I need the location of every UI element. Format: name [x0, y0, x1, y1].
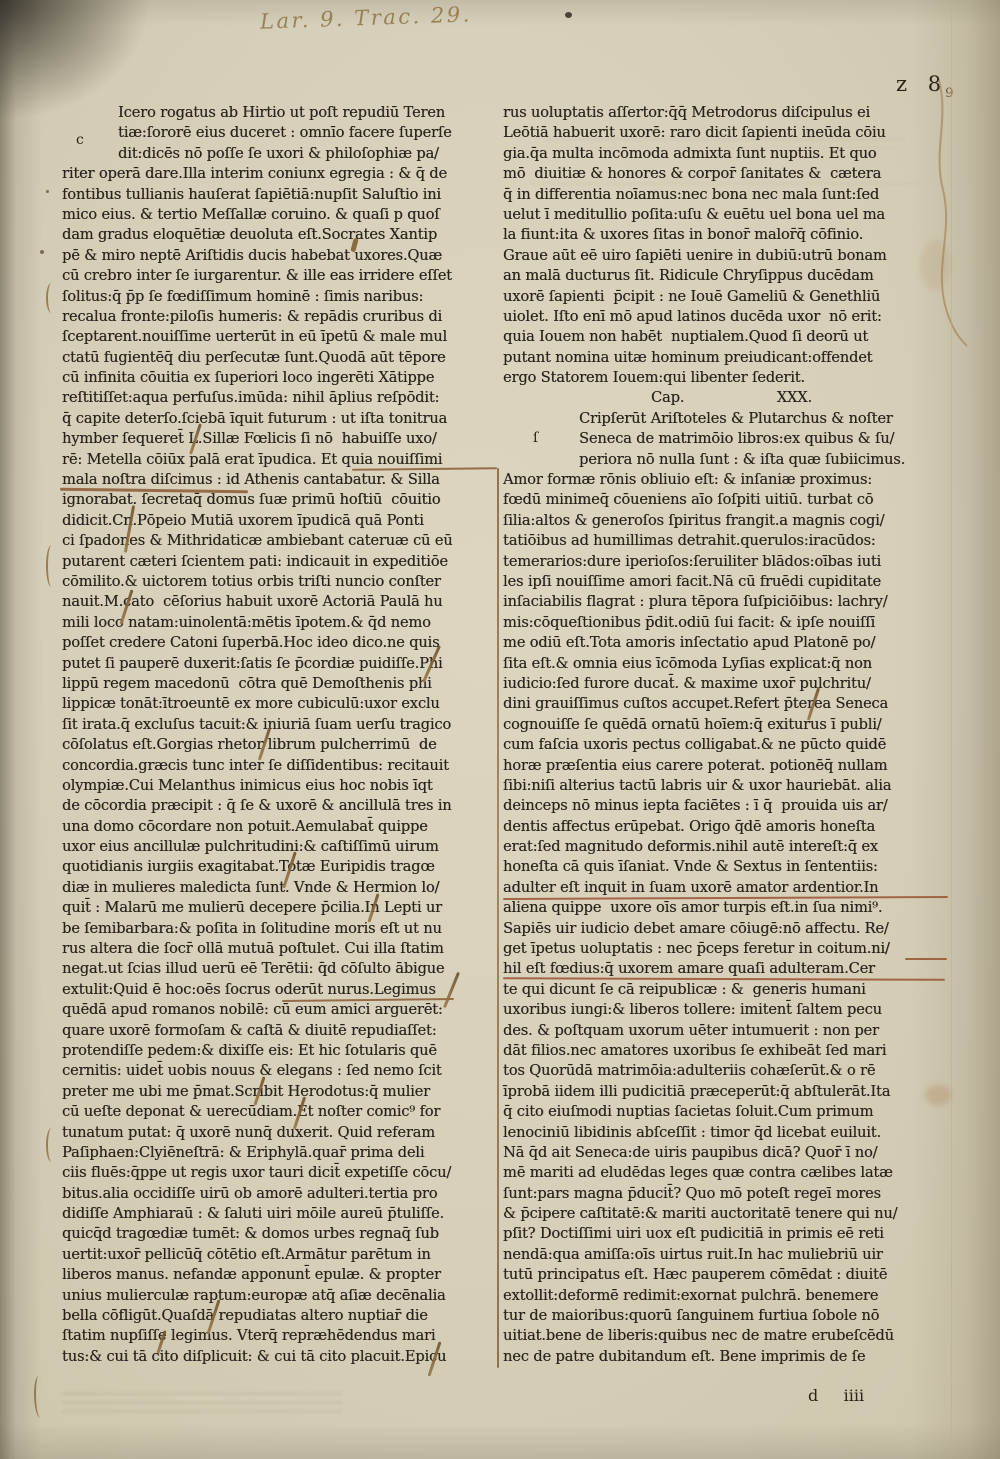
- text-line: quicq̄d tragœdiæ tumēt: & domos urbes re…: [62, 1224, 498, 1244]
- text-line: ſibi:niſi alterius tactū labris uir & ux…: [503, 776, 944, 796]
- text-line: iudicio:ſed furore ducat̄. & maxime uxor…: [503, 674, 944, 694]
- ink-margin-brace: [46, 283, 57, 313]
- text-line: ſita eſt.& omnia eius īcōmoda Lyſias exp…: [503, 654, 944, 674]
- signature-mark: d iiii: [808, 1386, 864, 1405]
- text-line: temerarios:dure iperioſos:ſeruiliter blā…: [503, 552, 944, 572]
- text-line: cū ueſte deponat & uerecūdiam.Et noſter …: [62, 1102, 498, 1122]
- text-line: periora nō nulla ſunt : & iſta quæ ſubii…: [503, 450, 944, 470]
- text-line: lippicæ tonāt:ītroeuntē ex more cubiculū…: [62, 694, 498, 714]
- text-line: ctatū fugientēq̄ diu perſecutæ ſunt.Quod…: [62, 348, 498, 368]
- text-line: negat.ut ſcias illud uerū eē Terētii: q̄…: [62, 959, 498, 979]
- text-line: extulit:Quid ē hoc:oēs ſocrus oderūt nur…: [62, 980, 498, 1000]
- text-line: mis:cōqueſtionibus p̄dit.odiū ſui facit:…: [503, 613, 944, 633]
- book-page: Lar. 9. Trac. 29. z 89 c ſ Icero rogatus…: [0, 0, 1000, 1459]
- text-line: uertit:uxor̄ pellicūq̄ cōtētio eſt.Armāt…: [62, 1245, 498, 1265]
- text-line: ergo Statorem Iouem:qui libenter ſederit…: [503, 368, 944, 388]
- ink-margin-brace: [46, 545, 57, 587]
- text-line: uitiat.bene de liberis:quibus nec de mat…: [503, 1326, 944, 1346]
- text-line: Cripſerūt Ariſtoteles & Plutarchus & noſ…: [503, 409, 944, 429]
- folio-mark-subscript: 9: [945, 86, 953, 101]
- text-line: protendiſſe pedem:& dixiſſe eis: Et hic …: [62, 1041, 498, 1061]
- text-line: deinceps nō minus iepta faciētes : ī q̄ …: [503, 796, 944, 816]
- text-line: rus altera die ſocr̄ ollā mutuā poſtulet…: [62, 939, 498, 959]
- text-line: quotidianis iurgiis exagitabat.Totæ Euri…: [62, 857, 498, 877]
- text-line: q̄ capite deterſo.ſciebā īquit futurum :…: [62, 409, 498, 429]
- text-line: recalua fronte:piloſis humeris: & repādi…: [62, 307, 498, 327]
- text-line: lippū regem macedonū cōtra quē Demoſthen…: [62, 674, 498, 694]
- showthrough-smudge: [530, 182, 920, 191]
- text-line: uiolet. Iſto enī mō apud latinos ducēda …: [503, 307, 944, 327]
- text-line: unius mulierculæ raptum:europæ atq̄ aſiæ…: [62, 1286, 498, 1306]
- text-line: ſunt:pars magna p̄ducit̄? Quo mō poteſt …: [503, 1184, 944, 1204]
- text-line: bella cōfligūt.Quaſdā repudiatas altero …: [62, 1306, 498, 1326]
- text-line: dam gradus eloquētiæ deuoluta eſt.Socrat…: [62, 225, 498, 245]
- text-line: reſtitiſſet:aqua perfuſus.imūda: nihil ā…: [62, 388, 498, 408]
- folio-mark: z 89: [896, 72, 956, 96]
- text-line: rus uoluptatis aſſertor:q̄q̄ Metrodorus …: [503, 103, 944, 123]
- text-line: poſſet credere Catoni ſuperbā.Hoc ideo d…: [62, 633, 498, 653]
- text-line: cernitis: uidet̄ uobis nouus & elegans :…: [62, 1061, 498, 1081]
- text-line: ciis fluēs:q̄ppe ut regis uxor tauri dic…: [62, 1163, 498, 1183]
- text-line: ſilia:altos & generoſos ſpiritus frangit…: [503, 511, 944, 531]
- text-line: dāt filios.nec amatores uxoribus ſe exhi…: [503, 1041, 944, 1061]
- text-line: didiſſe Amphiaraū : & ſaluti uiri mōile …: [62, 1204, 498, 1224]
- text-line: fontibus tullianis hauſerat ſapiētiā:nup…: [62, 185, 498, 205]
- text-line: la fiunt:ita & uxores ſitas in bonor̄ ma…: [503, 225, 944, 245]
- ink-margin-line: [497, 468, 499, 1368]
- text-line: erat:ſed magnitudo deformis.nihil autē i…: [503, 837, 944, 857]
- text-line: honeſta cā quis īſaniat. Vnde & Sextus i…: [503, 857, 944, 877]
- text-line: te qui dicunt ſe cā reipublicæ : & gener…: [503, 980, 944, 1000]
- text-line: q̄ cito eiuſmodi nuptias ſacietas ſoluit…: [503, 1102, 944, 1122]
- text-line: ſtatim nupſiſſe legimus. Vterq̄ repræhēd…: [62, 1326, 498, 1346]
- text-line: putarent cæteri ſcientem pati: indicauit…: [62, 552, 498, 572]
- text-line: mala noſtra diſcimus : id Athenis cantab…: [62, 470, 498, 490]
- text-line: liberos manus. nefandæ apponunt̄ epulæ. …: [62, 1265, 498, 1285]
- text-line: īprobā iidem illi pudicitiā præceperūt:q…: [503, 1082, 944, 1102]
- text-line: de cōcordia præcipit : q̄ ſe & uxorē & a…: [62, 796, 498, 816]
- text-line: an malā ducturus ſit. Ridicule Chryſippu…: [503, 266, 944, 286]
- text-line: Graue aūt eē uiro ſapiēti uenire in dubi…: [503, 246, 944, 266]
- text-line: concordia.græcis tunc inter ſe diſſident…: [62, 756, 498, 776]
- text-line: hymber ſequeret̄ L.Sillæ Fœlicis ſi nō h…: [62, 429, 498, 449]
- text-line: aliena quippe uxore oīs amor turpis eſt.…: [503, 898, 944, 918]
- text-line: quia Iouem non habēt nuptialem.Quod ſi d…: [503, 327, 944, 347]
- text-line: adulter eſt inquit in ſuam uxorē amator …: [503, 878, 944, 898]
- text-line: ignorabat. ſecretaq̄ domus ſuæ primū hoſ…: [62, 490, 498, 510]
- text-line: extollit:deformē redimit:exornat pulchrā…: [503, 1286, 944, 1306]
- text-line: cōmilito.& uictorem totius orbis triſti …: [62, 572, 498, 592]
- text-line: horæ præſentia eius carere poterat. poti…: [503, 756, 944, 776]
- foxing-spot: [920, 240, 950, 290]
- ink-margin-brace: [46, 1128, 57, 1162]
- text-line: les ipſi nouiſſime amori facit.Nā cū fru…: [503, 572, 944, 592]
- text-line: uxorē ſapienti p̄cipit : ne Iouē Gameliū…: [503, 287, 944, 307]
- text-line: uxor eius ancillulæ pulchritudini:& caſt…: [62, 837, 498, 857]
- speck: [565, 12, 572, 18]
- text-line: ſit irata.q̄ excluſus tacuit:& iniuriā ſ…: [62, 715, 498, 735]
- text-line: quēdā apud romanos nobilē: cū eum amici …: [62, 1000, 498, 1020]
- text-line: Paſiphaen:Clyiēneſtrā: & Eriphylā.quar̄ …: [62, 1143, 498, 1163]
- text-line: be ſemibarbara:& poſita in ſolitudine mo…: [62, 919, 498, 939]
- text-line: pē & miro neptē Ariſtidis ducis habebat …: [62, 246, 498, 266]
- page-edge-line: [951, 0, 952, 1459]
- ink-underline: [905, 958, 947, 960]
- text-line: me odiū eſt.Tota amoris inſectatio apud …: [503, 633, 944, 653]
- text-line: mili loco natam:uinolentā:mētis īpotem.&…: [62, 613, 498, 633]
- text-line: cōſolatus eſt.Gorgias rhetor librum pulc…: [62, 735, 498, 755]
- text-line: mē mariti ad eludēdas leges quæ contra c…: [503, 1163, 944, 1183]
- text-line: nendā:qua amiſſa:oīs uirtus ruit.In hac …: [503, 1245, 944, 1265]
- text-line: inſaciabilis flagrat : plura tēpora ſuſp…: [503, 592, 944, 612]
- text-line: quare uxorē formoſam & caſtā & diuitē re…: [62, 1021, 498, 1041]
- right-text-column: rus uoluptatis aſſertor:q̄q̄ Metrodorus …: [503, 103, 944, 1367]
- text-line: pſit? Doctiſſimi uiri uox eſt pudicitiā …: [503, 1224, 944, 1244]
- text-line: uxoribus iungi:& liberos tollere: imiten…: [503, 1000, 944, 1020]
- speck: [40, 250, 44, 254]
- text-line: dit:dicēs nō poſſe ſe uxori & philoſophi…: [62, 144, 498, 164]
- text-line: lenociniū libidinis abſceſſit : timor q̄…: [503, 1123, 944, 1143]
- text-line: tiæ:ſororē eius duceret : omnīo facere ſ…: [62, 123, 498, 143]
- text-line: olympiæ.Cui Melanthus inimicus eius hoc …: [62, 776, 498, 796]
- text-line: & p̄cipere caſtitatē:& mariti auctoritat…: [503, 1204, 944, 1224]
- text-line: ſolitus:q̄ p̄p ſe fœdiſſimum hominē : ſi…: [62, 287, 498, 307]
- speck: [46, 190, 49, 193]
- text-line: dini grauiſſimus cuſtos accupet.Refert p…: [503, 694, 944, 714]
- text-line: preter me ubi me p̄mat.Scribit Herodotus…: [62, 1082, 498, 1102]
- text-line: tos Quorūdā matrimōia:adulteriis cohæſer…: [503, 1061, 944, 1081]
- text-line: cū infinita cōuitia ex ſuperiori loco in…: [62, 368, 498, 388]
- text-line: una domo cōcordare non potuit.Aemulabat̄…: [62, 817, 498, 837]
- text-line: uelut ī meditullio poſita:uſu & euētu ue…: [503, 205, 944, 225]
- text-line: nec de patre dubitandum eſt. Bene imprim…: [503, 1347, 944, 1367]
- showthrough-smudge: [62, 1392, 342, 1418]
- text-line: Seneca de matrimōio libros:ex quibus & ſ…: [503, 429, 944, 449]
- text-line: putant nomina uitæ hominum preiudicant:o…: [503, 348, 944, 368]
- text-line: riter operā dare.Illa interim coniunx eg…: [62, 164, 498, 184]
- text-line: tutū principatus eſt. Hæc pauperem cōmēd…: [503, 1265, 944, 1285]
- text-line: diæ in mulieres maledicta ſunt. Vnde & H…: [62, 878, 498, 898]
- folio-mark-text: z 8: [896, 72, 948, 96]
- showthrough-smudge: [545, 138, 905, 148]
- left-text-column: Icero rogatus ab Hirtio ut poſt repudiū …: [62, 103, 498, 1367]
- text-line: Amor formæ rōnis obliuio eſt: & inſaniæ …: [503, 470, 944, 490]
- text-line: ſceptarent.nouiſſime uerterūt in eū īpet…: [62, 327, 498, 347]
- text-line: Icero rogatus ab Hirtio ut poſt repudiū …: [62, 103, 498, 123]
- text-line: bitus.alia occidiſſe uirū ob amorē adult…: [62, 1184, 498, 1204]
- text-line: cū crebro inter ſe iurgarentur. & ille e…: [62, 266, 498, 286]
- text-line: Nā q̄d ait Seneca:de uiris paupibus dicā…: [503, 1143, 944, 1163]
- text-line: des. & poſtquam uxorum uēter intumuerit …: [503, 1021, 944, 1041]
- text-line: get īpetus uoluptatis : nec p̄ceps feret…: [503, 939, 944, 959]
- text-line: quit̄ : Malarū me mulierū decepere p̄cil…: [62, 898, 498, 918]
- text-line: fœdū minimeq̄ cōueniens aīo ſoſpiti uiti…: [503, 490, 944, 510]
- text-line: tur de maioribus:quorū ſanguinem furtiua…: [503, 1306, 944, 1326]
- text-line: tunatum putat: q̄ uxorē nunq̄ duxerit. Q…: [62, 1123, 498, 1143]
- text-line: tatiōibus ad humillimas detrahit.querulo…: [503, 531, 944, 551]
- text-line: cum faſcia uxoris pectus colligabat.& ne…: [503, 735, 944, 755]
- text-line: mico eius. & tertio Meſſallæ coruino. & …: [62, 205, 498, 225]
- text-line: Cap. XXX.: [503, 388, 944, 408]
- handwritten-header-annotation: Lar. 9. Trac. 29.: [260, 2, 473, 33]
- text-line: Sapiēs uir iudicio debet amare cōiugē:nō…: [503, 919, 944, 939]
- text-line: dentis affectus erūpebat. Origo q̄dē amo…: [503, 817, 944, 837]
- text-line: cognouiſſe ſe quēdā ornatū hoīem:q̄ exit…: [503, 715, 944, 735]
- foxing-spot: [925, 1085, 951, 1105]
- ink-margin-curl: [34, 1376, 45, 1418]
